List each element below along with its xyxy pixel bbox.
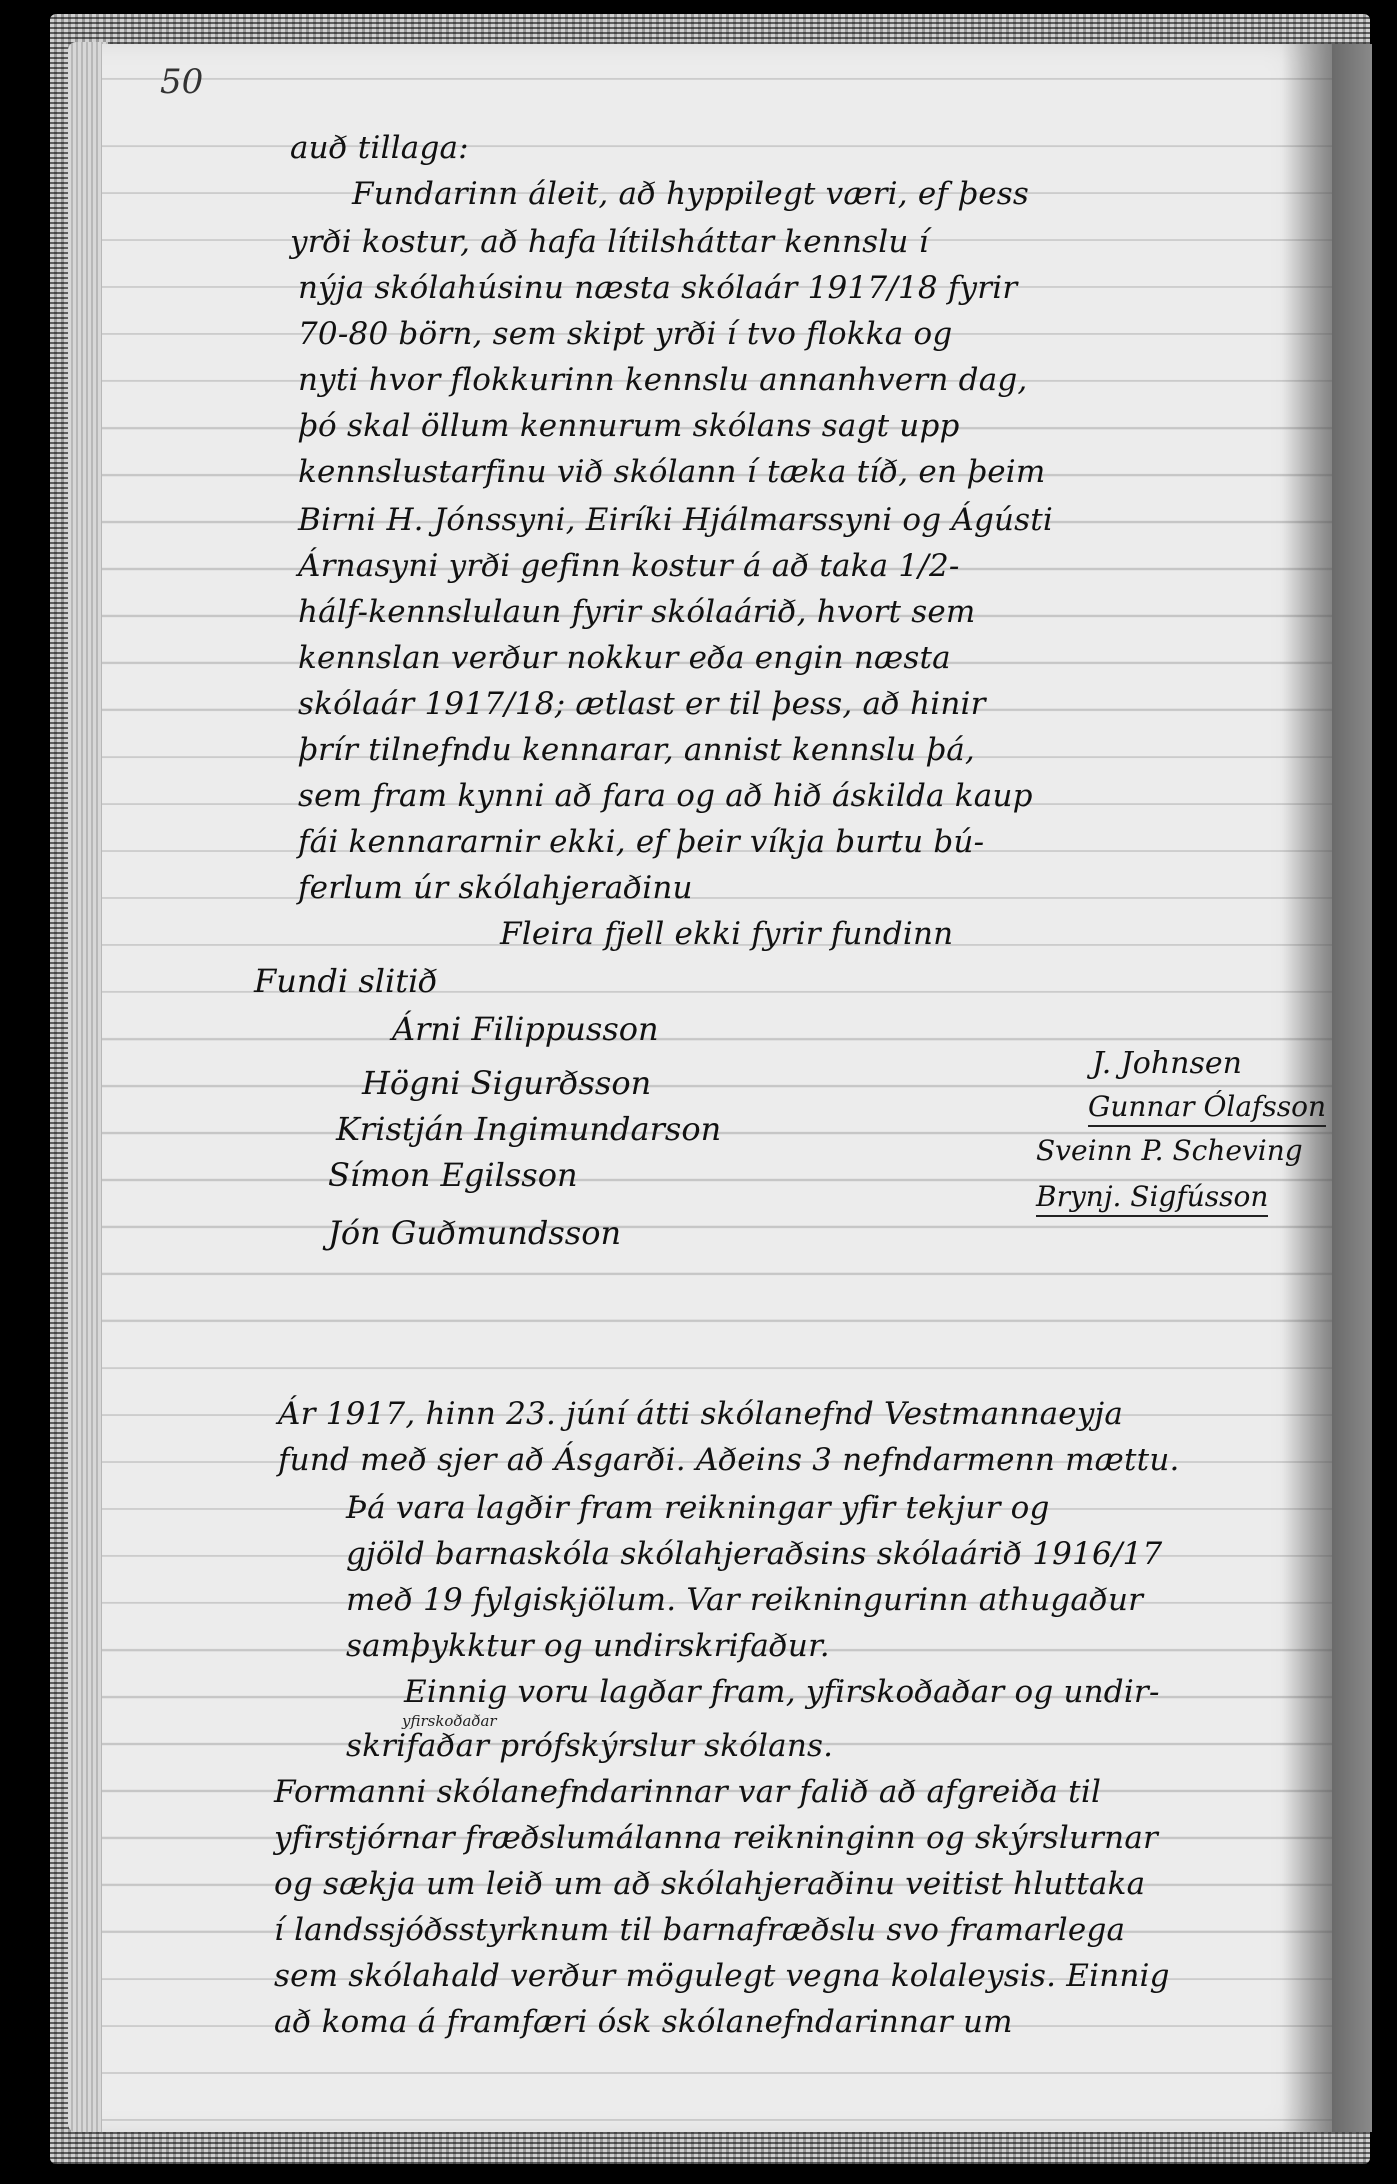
entry2-line-8: skrifaðar prófskýrslur skólans. <box>346 1728 833 1764</box>
signature-left-5: Jón Guðmundsson <box>328 1214 621 1252</box>
entry1-line-5: 70-80 börn, sem skipt yrði í tvo flokka … <box>298 316 952 352</box>
entry1-line-10: Árnasyni yrði gefinn kostur á að taka 1/… <box>298 548 960 584</box>
signature-left-4: Símon Egilsson <box>328 1156 578 1194</box>
signature-right-4: Brynj. Sigfússon <box>1036 1180 1268 1217</box>
entry2-line-2: fund með sjer að Ásgarði. Aðeins 3 nefnd… <box>278 1442 1180 1478</box>
entry2-line-9: Formanni skólanefndarinnar var falið að … <box>274 1774 1101 1810</box>
entry1-line-7: þó skal öllum kennurum skólans sagt upp <box>298 408 960 444</box>
signature-left-2: Högni Sigurðsson <box>362 1064 651 1102</box>
entry1-line-13: skólaár 1917/18; ætlast er til þess, að … <box>298 686 986 722</box>
entry2-line-5: með 19 fylgiskjölum. Var reikningurinn a… <box>346 1582 1143 1618</box>
facing-page-edge <box>1332 44 1372 2132</box>
signature-right-3: Sveinn P. Scheving <box>1036 1134 1303 1167</box>
entry2-line-3: Þá vara lagðir fram reikningar yfir tekj… <box>346 1490 1050 1526</box>
entry1-line-4: nýja skólahúsinu næsta skólaár 1917/18 f… <box>298 270 1017 306</box>
entry2-line-7: Einnig voru lagðar fram, yfirskoðaðar og… <box>404 1674 1160 1710</box>
gutter-shadow <box>1282 44 1332 2132</box>
signature-left-1: Árni Filippusson <box>392 1010 659 1048</box>
entry1-line-14: þrír tilnefndu kennarar, annist kennslu … <box>298 732 975 768</box>
entry2-line-13: sem skólahald verður mögulegt vegna kola… <box>274 1958 1170 1994</box>
signature-left-3: Kristján Ingimundarson <box>336 1110 721 1148</box>
meeting-adjourned: Fundi slitið <box>254 962 438 1000</box>
signature-right-2: Gunnar Ólafsson <box>1088 1090 1326 1127</box>
entry1-line-1: auð tillaga: <box>290 130 469 166</box>
entry1-line-16: fái kennararnir ekki, ef þeir víkja burt… <box>298 824 984 860</box>
entry2-line-10: yfirstjórnar fræðslumálanna reikninginn … <box>274 1820 1158 1856</box>
entry2-line-11: og sækja um leið um að skólahjeraðinu ve… <box>274 1866 1145 1902</box>
entry1-line-8: kennslustarfinu við skólann í tæka tíð, … <box>298 454 1045 490</box>
entry1-line-11: hálf-kennslulaun fyrir skólaárið, hvort … <box>298 594 976 630</box>
entry1-line-17: ferlum úr skólahjeraðinu <box>298 870 693 906</box>
entry2-line-1: Ár 1917, hinn 23. júní átti skólanefnd V… <box>278 1396 1123 1432</box>
entry1-line-6: nyti hvor flokkurinn kennslu annanhvern … <box>298 362 1027 398</box>
entry1-line-2: Fundarinn áleit, að hyppilegt væri, ef þ… <box>352 176 1029 212</box>
entry1-line-3: yrði kostur, að hafa lítilsháttar kennsl… <box>290 224 929 260</box>
entry2-line-12: í landssjóðsstyrknum til barnafræðslu sv… <box>274 1912 1125 1948</box>
entry1-line-15: sem fram kynni að fara og að hið áskilda… <box>298 778 1033 814</box>
entry2-line-4: gjöld barnaskóla skólahjeraðsins skólaár… <box>346 1536 1162 1572</box>
entry1-line-12: kennslan verður nokkur eða engin næsta <box>298 640 951 676</box>
page-number: 50 <box>160 62 203 102</box>
entry2-line-14: að koma á framfæri ósk skólanefndarinnar… <box>274 2004 1013 2040</box>
ledger-page: 50 auð tillaga: Fundarinn áleit, að hypp… <box>102 44 1332 2132</box>
signature-right-1: J. Johnsen <box>1092 1046 1242 1081</box>
entry2-line-6: samþykktur og undirskrifaður. <box>346 1628 830 1664</box>
closing-line: Fleira fjell ekki fyrir fundinn <box>500 916 953 952</box>
entry1-line-9: Birni H. Jónssyni, Eiríki Hjálmarssyni o… <box>298 502 1053 538</box>
